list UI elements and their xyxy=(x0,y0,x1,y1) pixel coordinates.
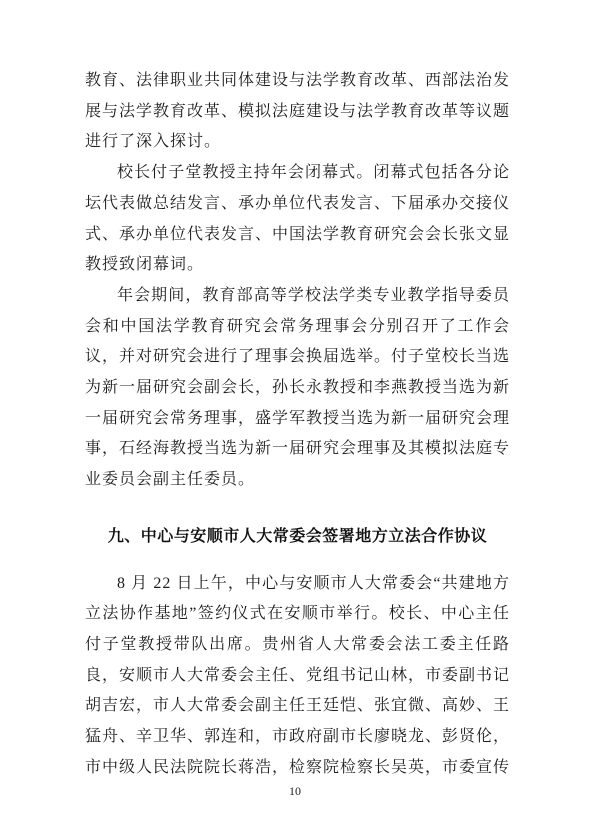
document-page: 教育、法律职业共同体建设与法学教育改革、西部法治发展与法学教育改革、模拟法庭建设… xyxy=(0,0,590,838)
section-heading: 九、中心与安顺市人大常委会签署地方立法合作协议 xyxy=(85,522,510,553)
paragraph-signing-ceremony: 8 月 22 日上午，中心与安顺市人大常委会“共建地方立法协作基地”签约仪式在安… xyxy=(85,569,510,784)
page-number: 10 xyxy=(0,783,590,799)
paragraph-continuation: 教育、法律职业共同体建设与法学教育改革、西部法治发展与法学教育改革、模拟法庭建设… xyxy=(85,66,510,158)
paragraph-election: 年会期间，教育部高等学校法学类专业教学指导委员会和中国法学教育研究会常务理事会分… xyxy=(85,281,510,496)
paragraph-closing-ceremony: 校长付子堂教授主持年会闭幕式。闭幕式包括各分论坛代表做总结发言、承办单位代表发言… xyxy=(85,158,510,281)
document-body: 教育、法律职业共同体建设与法学教育改革、西部法治发展与法学教育改革、模拟法庭建设… xyxy=(85,66,510,783)
